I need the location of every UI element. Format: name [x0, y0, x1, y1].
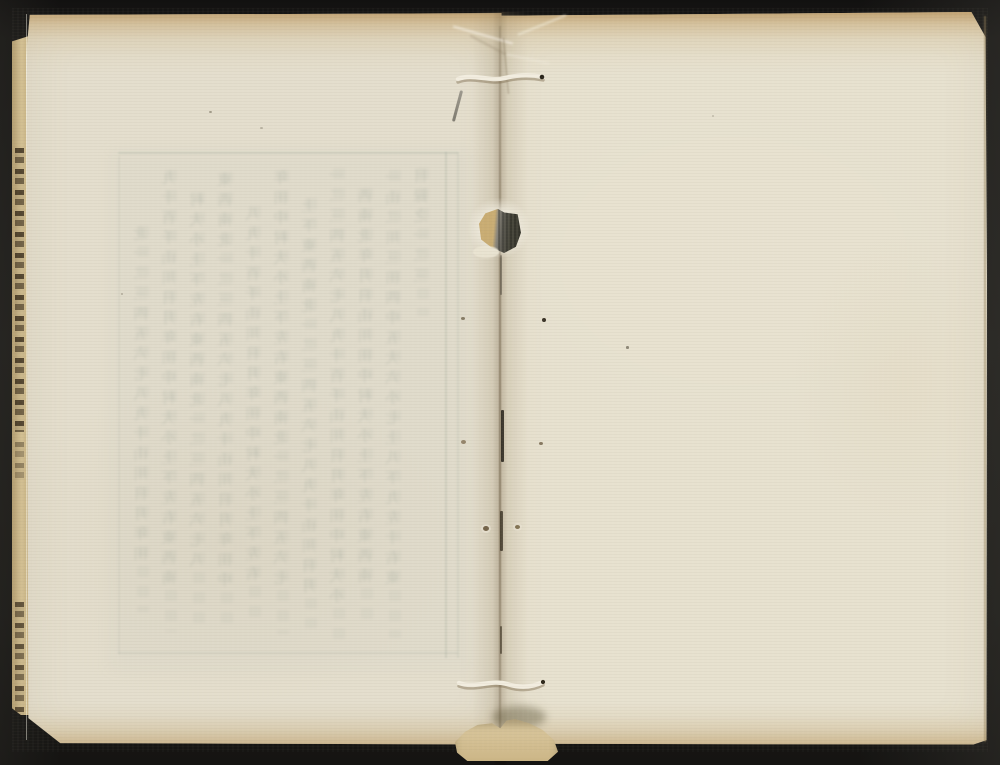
paper-speck: [712, 115, 714, 117]
binding-thread-top: [455, 70, 547, 88]
stitch-hole: [483, 526, 489, 531]
left-page-edge-highlight: [26, 14, 27, 740]
scanned-book-spread: 目録之一二三 一山二川三田四中五大六小七上八下九左十右東 西南北年月日山川田中村…: [0, 0, 1000, 765]
ghost-text-column: 一二三四五六七八九十百千山川日月年田中村大小: [330, 168, 349, 644]
ghost-text-column: 年田中村大小上下左右東西南北一二三四五六七: [274, 170, 293, 634]
paper-speck: [209, 111, 212, 113]
paper-speck: [260, 127, 263, 129]
paper-speck: [121, 293, 123, 295]
right-page-edge-shadow: [984, 16, 986, 742]
spine-crease-dark-segment: [500, 255, 502, 295]
stitch-hole: [542, 318, 546, 322]
spine-crease-dark-segment: [500, 626, 502, 654]
stitch-hole: [461, 317, 465, 320]
ghost-text-column: 目録之一二三: [414, 168, 433, 316]
ghost-text-column: 上下東西南北一二三四五六七八九十山川日月: [302, 198, 321, 628]
ghost-frame-line: [118, 156, 120, 654]
stitch-hole: [515, 525, 520, 529]
strip-ink-fragment: [15, 148, 24, 432]
paper-speck: [626, 346, 629, 349]
paper-blotch: [792, 232, 1000, 526]
ghost-frame-line: [445, 152, 447, 658]
ghost-text-column: 八九十百千山川日月年田中村大小上下左右: [246, 206, 265, 624]
spine-crease-dark-segment: [500, 511, 503, 551]
binding-thread-bottom: [455, 673, 547, 693]
ghost-text-column: 北一二三四五六七八九十山川日月年田: [134, 226, 153, 612]
spine-crease-dark-segment: [501, 410, 504, 462]
strip-ink-fragment: [15, 602, 24, 718]
ghost-text-column: 西南北年月日山川田中村大小上下左右東西南: [358, 188, 377, 628]
ghost-text-column: 九十百千山川日月年田中村大小上下左右東西南: [162, 170, 181, 632]
ghost-text-column: 村大小上下左右東西南北一二三四五六七八: [190, 192, 209, 632]
ghost-frame-line: [118, 652, 458, 654]
ghost-frame-line: [118, 152, 458, 154]
ghost-frame-line: [457, 152, 459, 658]
stitch-hole: [461, 440, 466, 444]
tear-paper-lip: [473, 246, 499, 258]
strip-ink-fragment: [15, 442, 24, 480]
ghost-text-column: 東西南北一二三四五六七八九十山川日月年田中: [218, 172, 237, 630]
stitch-hole: [539, 442, 543, 445]
ghost-text-column: 一山二川三田四中五大六小七上八下九左十右東: [386, 170, 405, 638]
right-page: [500, 12, 987, 746]
